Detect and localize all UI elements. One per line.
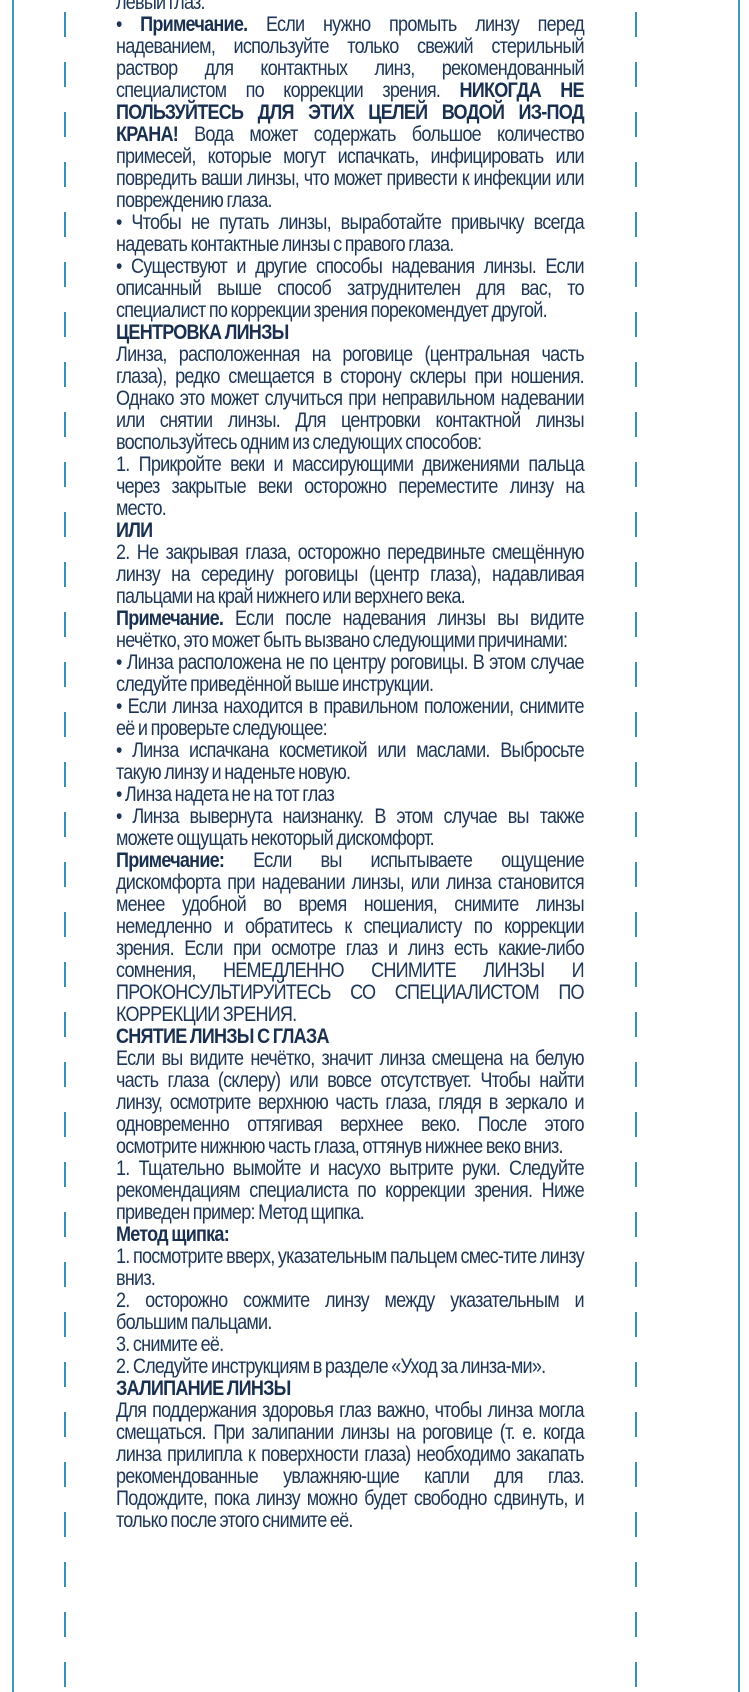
centering-intro: Линза, расположенная на роговице (центра… xyxy=(116,344,584,454)
section-heading-sticking: ЗАЛИПАНИЕ ЛИНЗЫ xyxy=(116,1378,584,1400)
removal-step-2: 2. Следуйте инструкциям в разделе «Уход … xyxy=(116,1356,584,1378)
rinse-note-paragraph: • Примечание. Если нужно промыть линзу п… xyxy=(116,14,584,212)
or-label: ИЛИ xyxy=(116,520,584,542)
cause-item: • Линза вывернута наизнанку. В этом случ… xyxy=(116,806,584,850)
centering-note-1: Примечание. Если после надевания линзы в… xyxy=(116,608,584,652)
note-lead: Примечание. xyxy=(140,13,247,36)
note-lead: Примечание. xyxy=(116,607,223,630)
leading-fragment: левый глаз. xyxy=(116,0,584,14)
bullet: • xyxy=(116,13,140,36)
cause-item: • Линза расположена не по центру роговиц… xyxy=(116,652,584,696)
removal-intro: Если вы видите нечётко, значит линза сме… xyxy=(116,1048,584,1158)
note-text-2: Вода может содержать большое количество … xyxy=(116,123,584,212)
centering-note-2: Примечание: Если вы испытываете ощущение… xyxy=(116,850,584,1026)
outer-border-right xyxy=(738,0,740,1692)
pinch-step: 2. осторожно сожмите линзу между указате… xyxy=(116,1290,584,1334)
cause-item: • Если линза находится в правильном поло… xyxy=(116,696,584,740)
pinch-method-heading: Метод щипка: xyxy=(116,1224,584,1246)
outer-border-left xyxy=(12,0,14,1692)
note-text: Если вы испытываете ощущение дискомфорта… xyxy=(116,849,584,1026)
centering-step-1: 1. Прикройте веки и массирующими движени… xyxy=(116,454,584,520)
cause-item: • Линза надета не на тот глаз xyxy=(116,784,584,806)
cut-line-right xyxy=(635,12,637,1692)
removal-step-1: 1. Тщательно вымойте и насухо вытрите ру… xyxy=(116,1158,584,1224)
section-heading-centering: ЦЕНТРОВКА ЛИНЗЫ xyxy=(116,322,584,344)
note-lead: Примечание: xyxy=(116,849,224,872)
instruction-text-column: левый глаз. • Примечание. Если нужно про… xyxy=(116,0,584,1532)
pinch-step: 3. снимите её. xyxy=(116,1334,584,1356)
habit-bullet: • Чтобы не путать линзы, выработайте при… xyxy=(116,212,584,256)
sticking-text: Для поддержания здоровья глаз важно, что… xyxy=(116,1400,584,1532)
section-heading-removal: СНЯТИЕ ЛИНЗЫ С ГЛАЗА xyxy=(116,1026,584,1048)
pinch-step: 1. посмотрите вверх, указательным пальце… xyxy=(116,1246,584,1290)
cut-line-left xyxy=(64,12,66,1692)
other-methods-bullet: • Существуют и другие способы надевания … xyxy=(116,256,584,322)
centering-step-2: 2. Не закрывая глаза, осторожно передвин… xyxy=(116,542,584,608)
cause-item: • Линза испачкана косметикой или маслами… xyxy=(116,740,584,784)
